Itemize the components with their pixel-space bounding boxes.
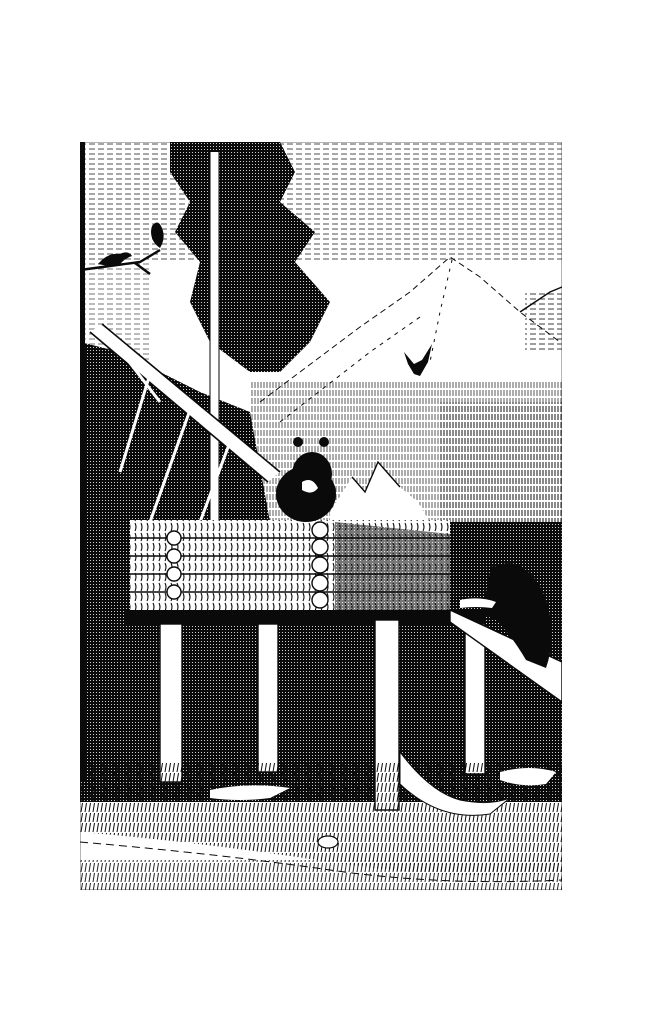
- engraving: [80, 142, 562, 890]
- illustration-plate: Pen-and-ink engraving of two black bears…: [80, 142, 562, 890]
- log-cache: [125, 520, 485, 624]
- left-trunk: [80, 142, 85, 782]
- ground: [80, 752, 562, 890]
